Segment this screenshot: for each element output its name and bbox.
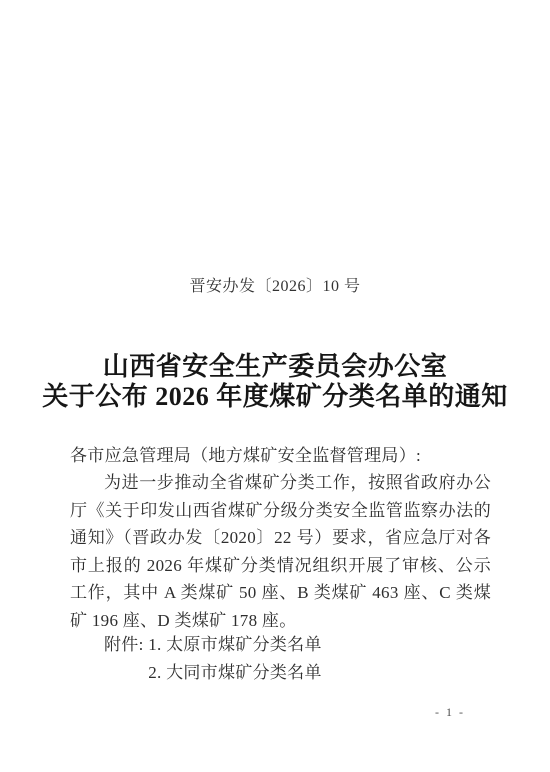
attachments-block: 附件: 1. 太原市煤矿分类名单 2. 大同市煤矿分类名单 xyxy=(104,631,322,687)
salutation: 各市应急管理局（地方煤矿安全监督管理局）: xyxy=(70,441,421,466)
attachments-label: 附件: xyxy=(104,631,148,687)
doc-number: 晋安办发〔2026〕10 号 xyxy=(0,273,550,296)
body-paragraph: 为进一步推动全省煤矿分类工作，按照省政府办公厅《关于印发山西省煤矿分级分类安全监… xyxy=(70,469,491,634)
attachments-list: 1. 太原市煤矿分类名单 2. 大同市煤矿分类名单 xyxy=(148,631,322,687)
document-title: 山西省安全生产委员会办公室 关于公布 2026 年度煤矿分类名单的通知 xyxy=(0,352,550,412)
attachment-item-2: 2. 大同市煤矿分类名单 xyxy=(148,659,322,687)
document-title-line2: 关于公布 2026 年度煤矿分类名单的通知 xyxy=(0,382,550,412)
document-title-line1: 山西省安全生产委员会办公室 xyxy=(0,352,550,382)
attachment-item-1: 1. 太原市煤矿分类名单 xyxy=(148,631,322,659)
page-number: - 1 - xyxy=(435,705,465,720)
document-page: 晋安办发〔2026〕10 号 山西省安全生产委员会办公室 关于公布 2026 年… xyxy=(0,0,550,772)
